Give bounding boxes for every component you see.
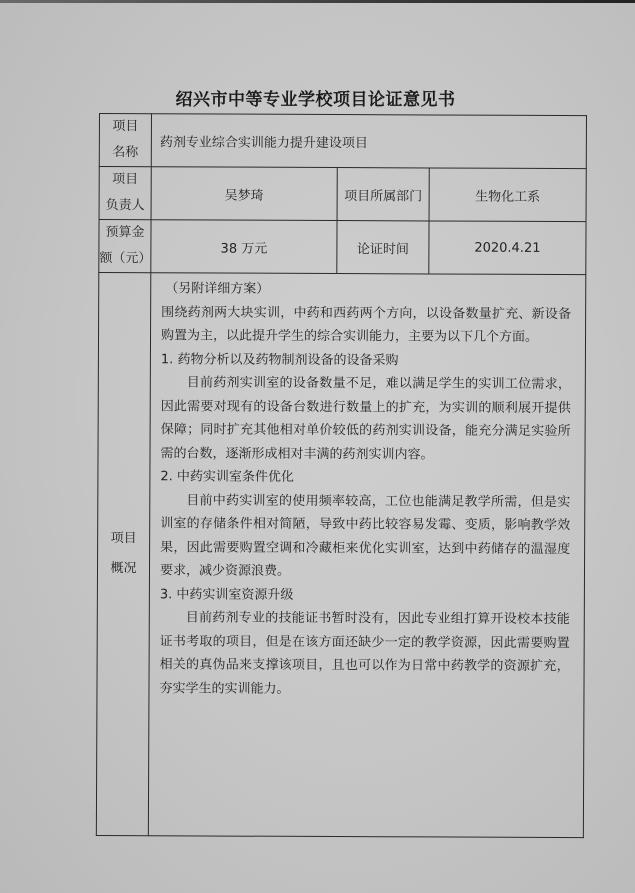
section-heading-3: 3. 中药实训室资源升级 [160, 583, 570, 608]
project-owner-label: 项目 负责人 [99, 167, 151, 220]
overview-intro: 围绕药剂两大块实训，中药和西药两个方向，以设备数量扩充、新设备购置为主，以此提升… [161, 301, 571, 350]
section-body-3: 目前药剂专业的技能证书暂时没有，因此专业组打算开设校本技能证书考取的项目，但是在… [159, 606, 569, 702]
section-heading-2: 2. 中药实训室条件优化 [160, 465, 570, 490]
row-overview: 项目 概况 （另附详细方案） 围绕药剂两大块实训，中药和西药两个方向，以设备数量… [96, 273, 585, 838]
overview-label: 项目 概况 [96, 273, 150, 836]
section-heading-1: 1. 药物分析以及药物制剂设备的设备采购 [161, 348, 571, 373]
department-label: 项目所属部门 [337, 168, 429, 221]
row-budget: 预算金 额（元） 38 万元 论证时间 2020.4.21 [99, 220, 586, 275]
budget-value: 38 万元 [151, 220, 337, 274]
section-body-1: 目前药剂实训室的设备数量不足，难以满足学生的实训工位需求，因此需要对现有的设备台… [160, 371, 570, 467]
page-title: 绍兴市中等专业学校项目论证意见书 [0, 85, 633, 110]
department-value: 生物化工系 [429, 168, 586, 222]
budget-label: 预算金 额（元） [99, 220, 151, 273]
scan-top-edge [0, 0, 635, 3]
project-owner-value: 吴梦琦 [151, 167, 337, 221]
overview-content: （另附详细方案） 围绕药剂两大块实训，中药和西药两个方向，以设备数量扩充、新设备… [148, 273, 585, 838]
section-body-2: 目前中药实训室的使用频率较高，工位也能满足教学所需，但是实训室的存储条件相对简陋… [160, 489, 570, 585]
evaluation-date-label: 论证时间 [337, 221, 429, 274]
row-project-name: 项目 名称 药剂专业综合实训能力提升建设项目 [99, 114, 586, 169]
evaluation-form-table: 项目 名称 药剂专业综合实训能力提升建设项目 项目 负责人 吴梦琦 项目所属部门… [96, 113, 587, 838]
project-name-label: 项目 名称 [99, 114, 151, 167]
row-project-owner: 项目 负责人 吴梦琦 项目所属部门 生物化工系 [99, 167, 586, 222]
attachment-note: （另附详细方案） [161, 277, 571, 302]
project-name-value: 药剂专业综合实训能力提升建设项目 [151, 114, 586, 169]
evaluation-date-value: 2020.4.21 [429, 221, 586, 275]
